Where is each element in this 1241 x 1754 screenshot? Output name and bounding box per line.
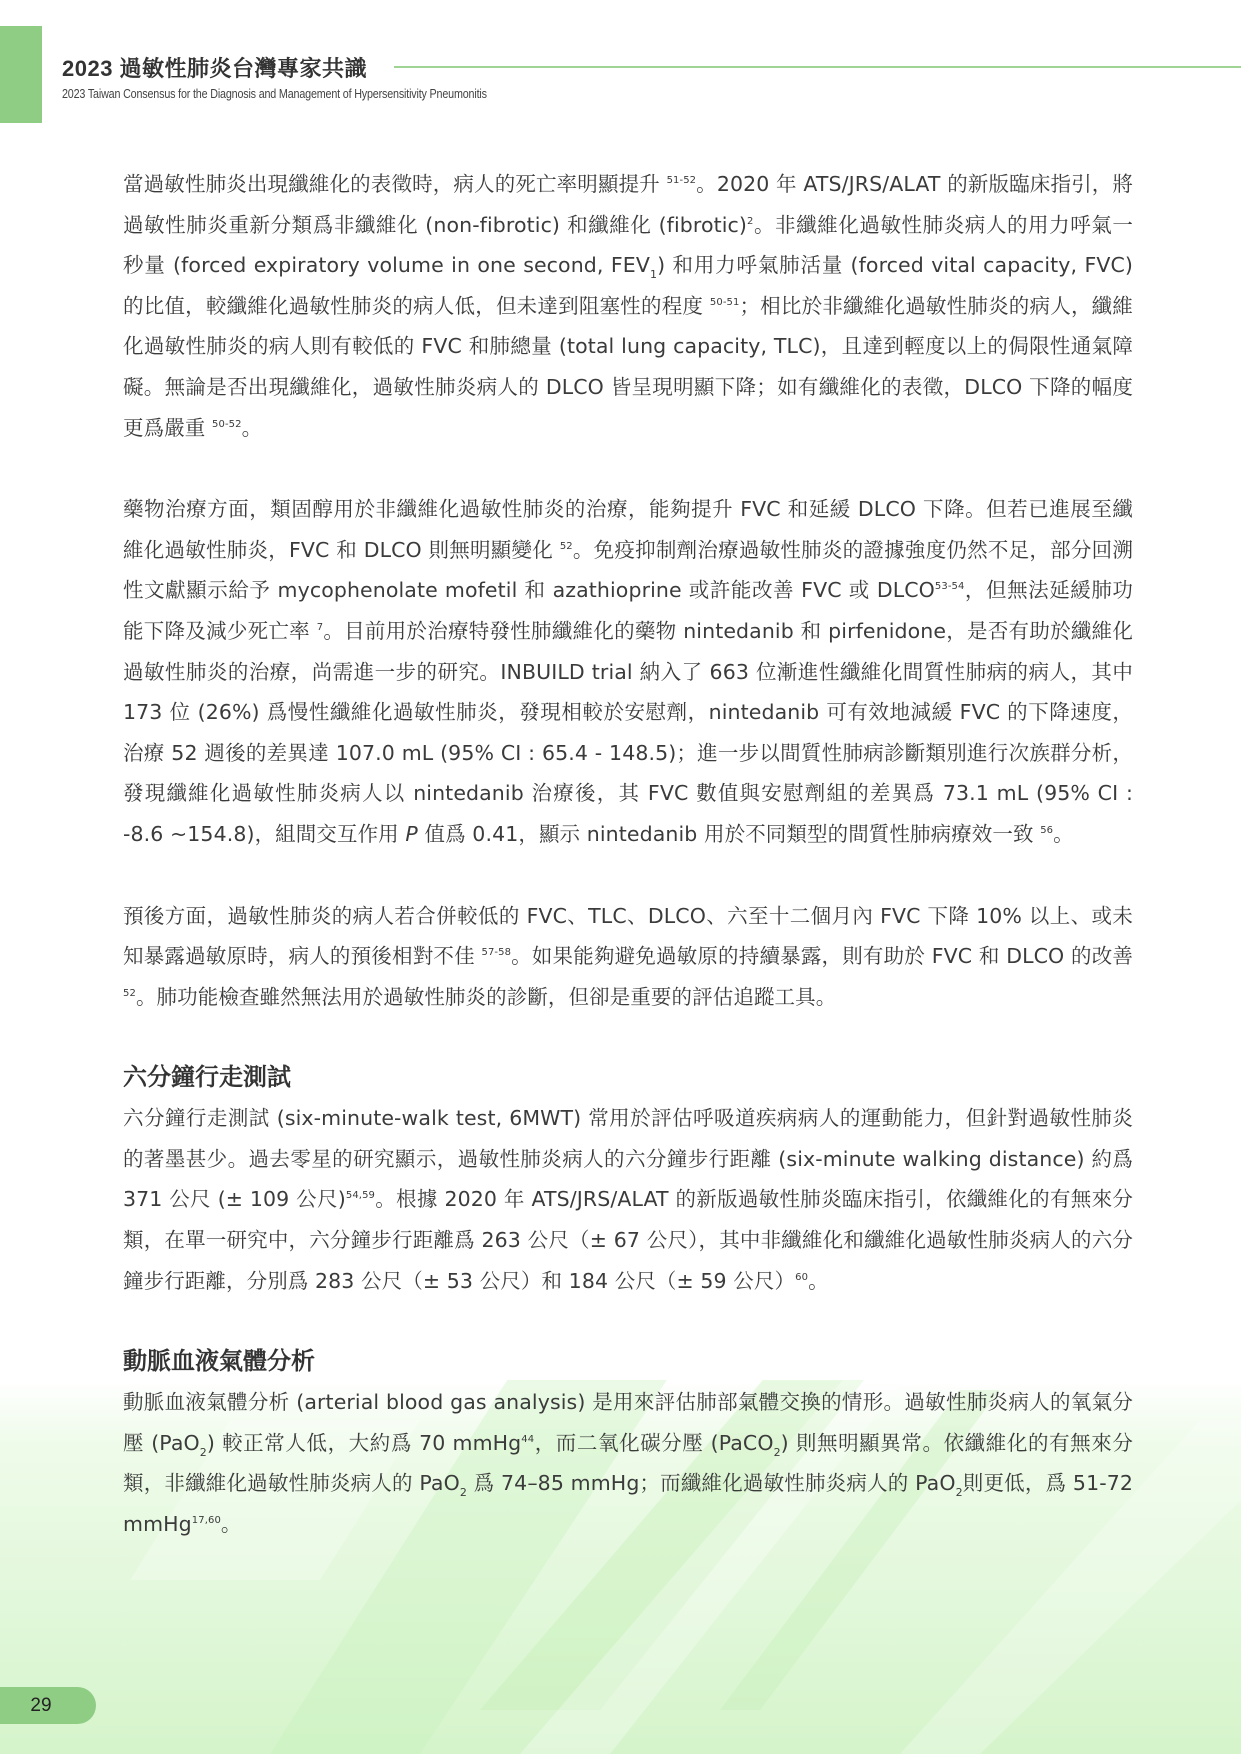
section-title: 動脈血液氣體分析: [123, 1342, 1133, 1380]
citation-superscript: 57-58: [481, 947, 511, 958]
text-run: 當過敏性肺炎出現纖維化的表徵時，病人的死亡率明顯提升: [123, 172, 667, 196]
paragraph: 動脈血液氣體分析 (arterial blood gas analysis) 是…: [123, 1382, 1133, 1544]
header-accent-tab: [0, 26, 42, 123]
citation-superscript: 50-52: [212, 419, 242, 430]
citation-superscript: 60: [795, 1272, 808, 1283]
citation-superscript: 52: [560, 541, 573, 552]
text-run: 。: [808, 1269, 829, 1293]
subscript: 2: [200, 1446, 207, 1459]
header-title: 2023 過敏性肺炎台灣專家共識: [62, 52, 367, 83]
text-run: 爲 74–85 mmHg；而纖維化過敏性肺炎病人的 PaO: [467, 1471, 956, 1495]
citation-superscript: 50-51: [710, 297, 740, 308]
page-header: 2023 過敏性肺炎台灣專家共識 2023 Taiwan Consensus f…: [62, 52, 1241, 101]
paragraph: 藥物治療方面，類固醇用於非纖維化過敏性肺炎的治療，能夠提升 FVC 和延緩 DL…: [123, 489, 1133, 854]
document-body: 當過敏性肺炎出現纖維化的表徵時，病人的死亡率明顯提升 51-52。2020 年 …: [123, 164, 1133, 1575]
text-run: 。: [221, 1512, 242, 1536]
text-run: 。: [242, 416, 263, 440]
citation-superscript: 54,59: [346, 1190, 375, 1201]
subscript: 1: [650, 268, 657, 281]
citation-superscript: 51-52: [667, 175, 697, 186]
citation-superscript: 52: [123, 988, 136, 999]
section-abg: 動脈血液氣體分析 動脈血液氣體分析 (arterial blood gas an…: [123, 1342, 1133, 1544]
header-subtitle: 2023 Taiwan Consensus for the Diagnosis …: [62, 87, 1076, 101]
text-run: 。: [1053, 822, 1074, 846]
text-run: 值爲 0.41，顯示 nintedanib 用於不同類型的間質性肺病療效一致: [418, 822, 1040, 846]
subscript: 2: [774, 1446, 781, 1459]
citation-superscript: 56: [1040, 825, 1053, 836]
text-run: 。目前用於治療特發性肺纖維化的藥物 nintedanib 和 pirfenido…: [123, 619, 1133, 846]
citation-superscript: 53-54: [935, 581, 965, 592]
citation-superscript: 17,60: [192, 1515, 221, 1526]
section-title: 六分鐘行走測試: [123, 1058, 1133, 1096]
subscript: 2: [956, 1486, 963, 1499]
subscript: 2: [460, 1486, 467, 1499]
header-divider: [394, 66, 1241, 68]
text-run: 。如果能夠避免過敏原的持續暴露，則有助於 FVC 和 DLCO 的改善: [511, 944, 1133, 968]
paragraph: 當過敏性肺炎出現纖維化的表徵時，病人的死亡率明顯提升 51-52。2020 年 …: [123, 164, 1133, 448]
paragraph: 六分鐘行走測試 (six-minute-walk test, 6MWT) 常用於…: [123, 1098, 1133, 1301]
section-6mwt: 六分鐘行走測試 六分鐘行走測試 (six-minute-walk test, 6…: [123, 1058, 1133, 1301]
text-run: ) 較正常人低，大約爲 70 mmHg: [207, 1431, 521, 1455]
text-run: 。肺功能檢查雖然無法用於過敏性肺炎的診斷，但卻是重要的評估追蹤工具。: [136, 985, 836, 1009]
citation-superscript: 44: [521, 1434, 534, 1445]
page-number: 29: [0, 1687, 96, 1724]
text-run: ，而二氧化碳分壓 (PaCO: [534, 1431, 773, 1455]
paragraph: 預後方面，過敏性肺炎的病人若合併較低的 FVC、TLC、DLCO、六至十二個月內…: [123, 896, 1133, 1018]
text-run: P: [405, 822, 417, 846]
